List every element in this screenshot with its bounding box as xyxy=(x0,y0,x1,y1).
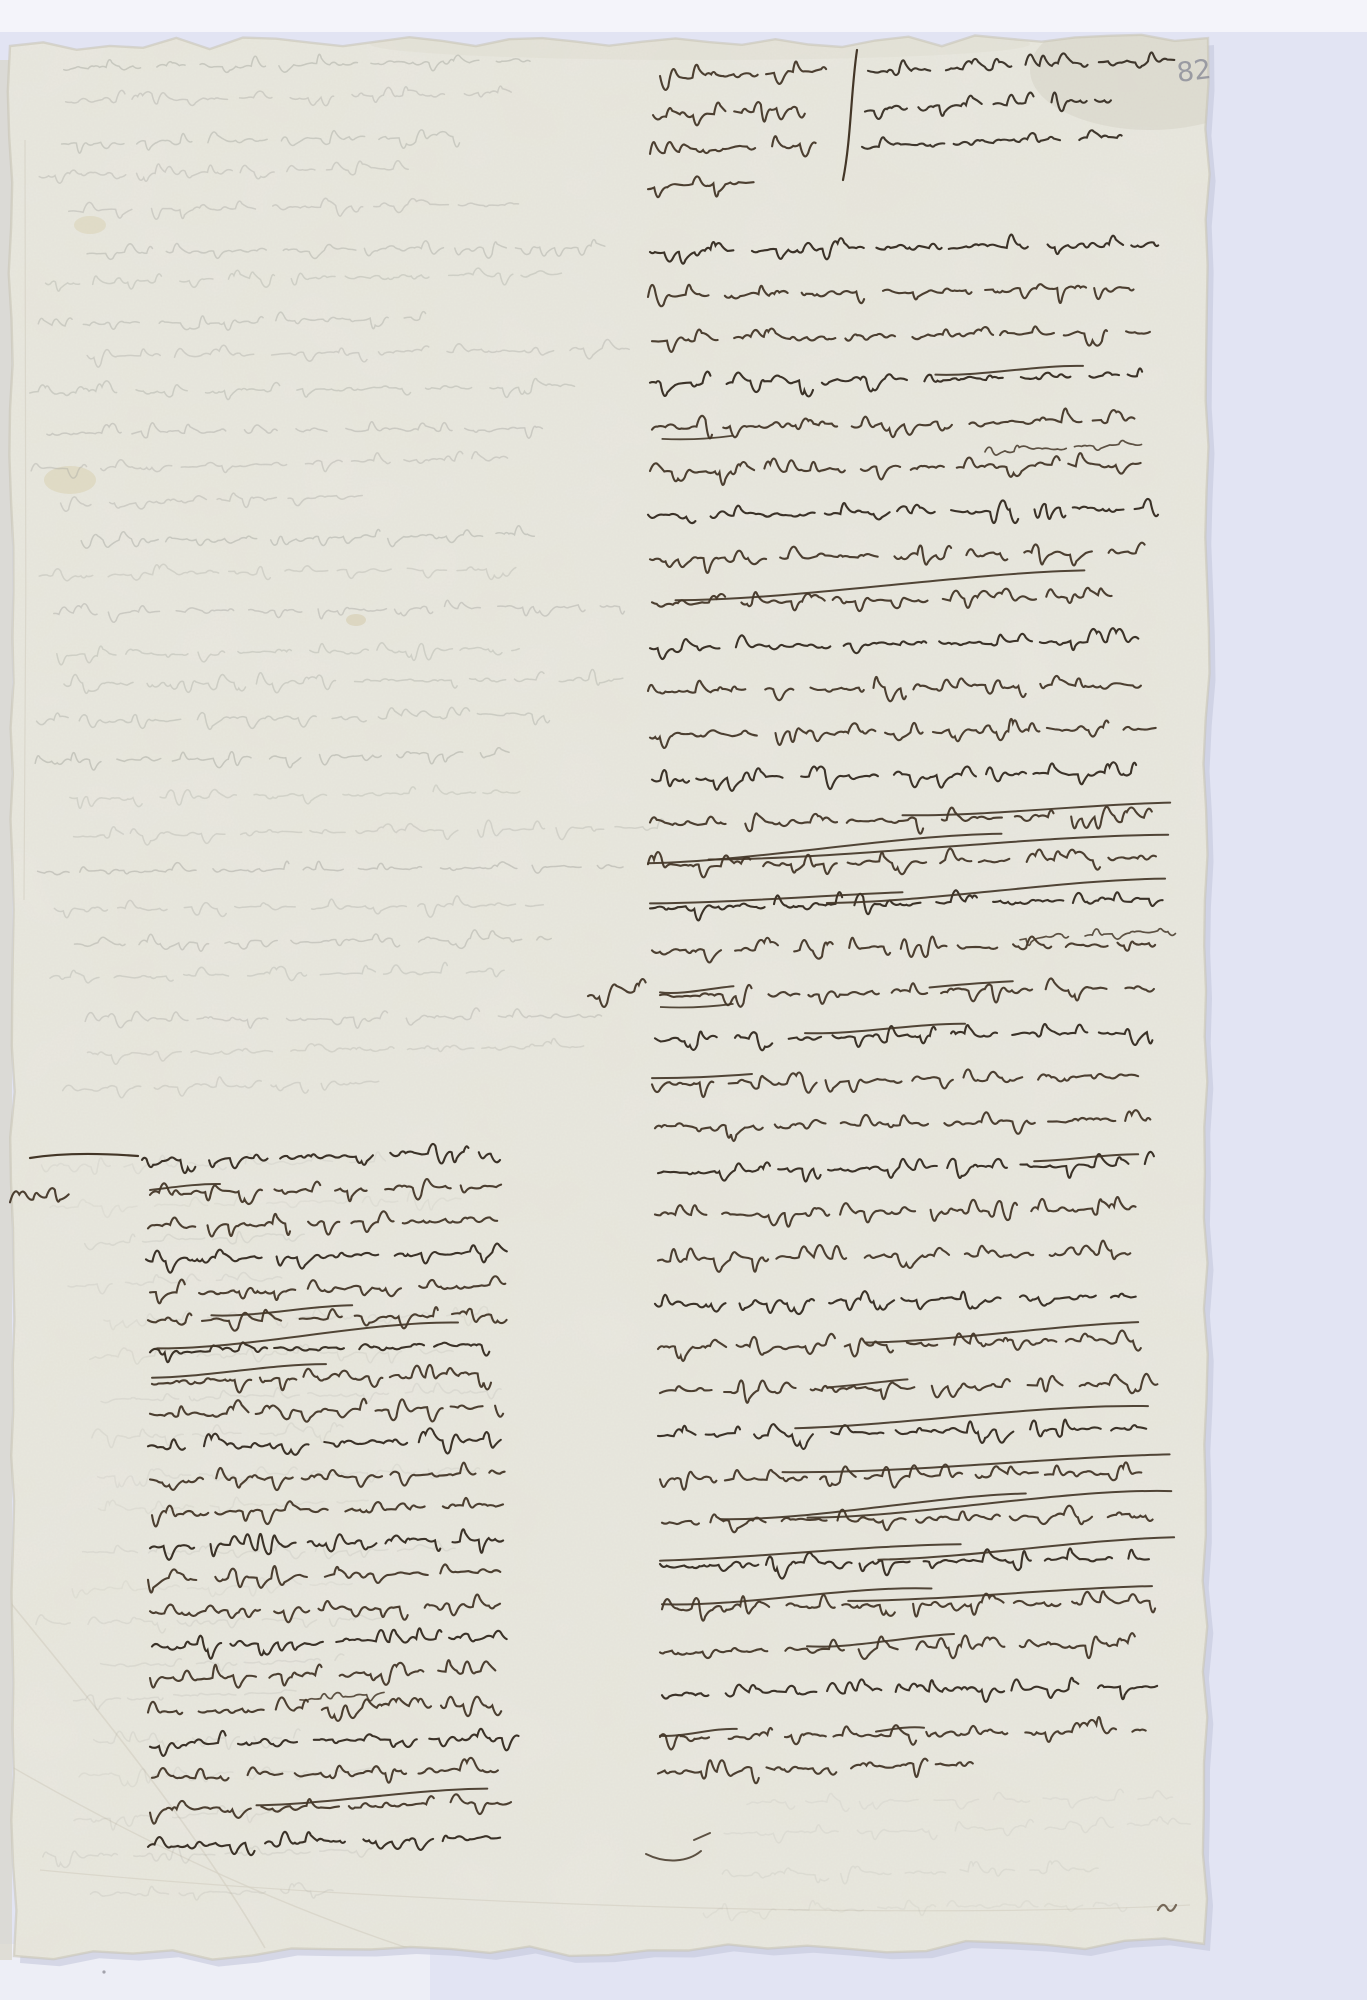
foxing-stain xyxy=(74,216,106,234)
background-speck xyxy=(102,1970,105,1973)
manuscript-page-svg: 82 xyxy=(0,0,1367,2000)
foxing-stain xyxy=(44,466,96,494)
under-sheet-edge xyxy=(0,60,12,1960)
render-root xyxy=(0,0,1367,2000)
page-number: 82 xyxy=(1175,54,1213,89)
paper-grain xyxy=(0,0,1367,2000)
scanner-glare-top xyxy=(0,0,1367,32)
paper-texture-layer xyxy=(0,0,1367,2000)
manuscript-scan: 82 xyxy=(0,0,1367,2000)
foxing-stain xyxy=(346,614,366,626)
